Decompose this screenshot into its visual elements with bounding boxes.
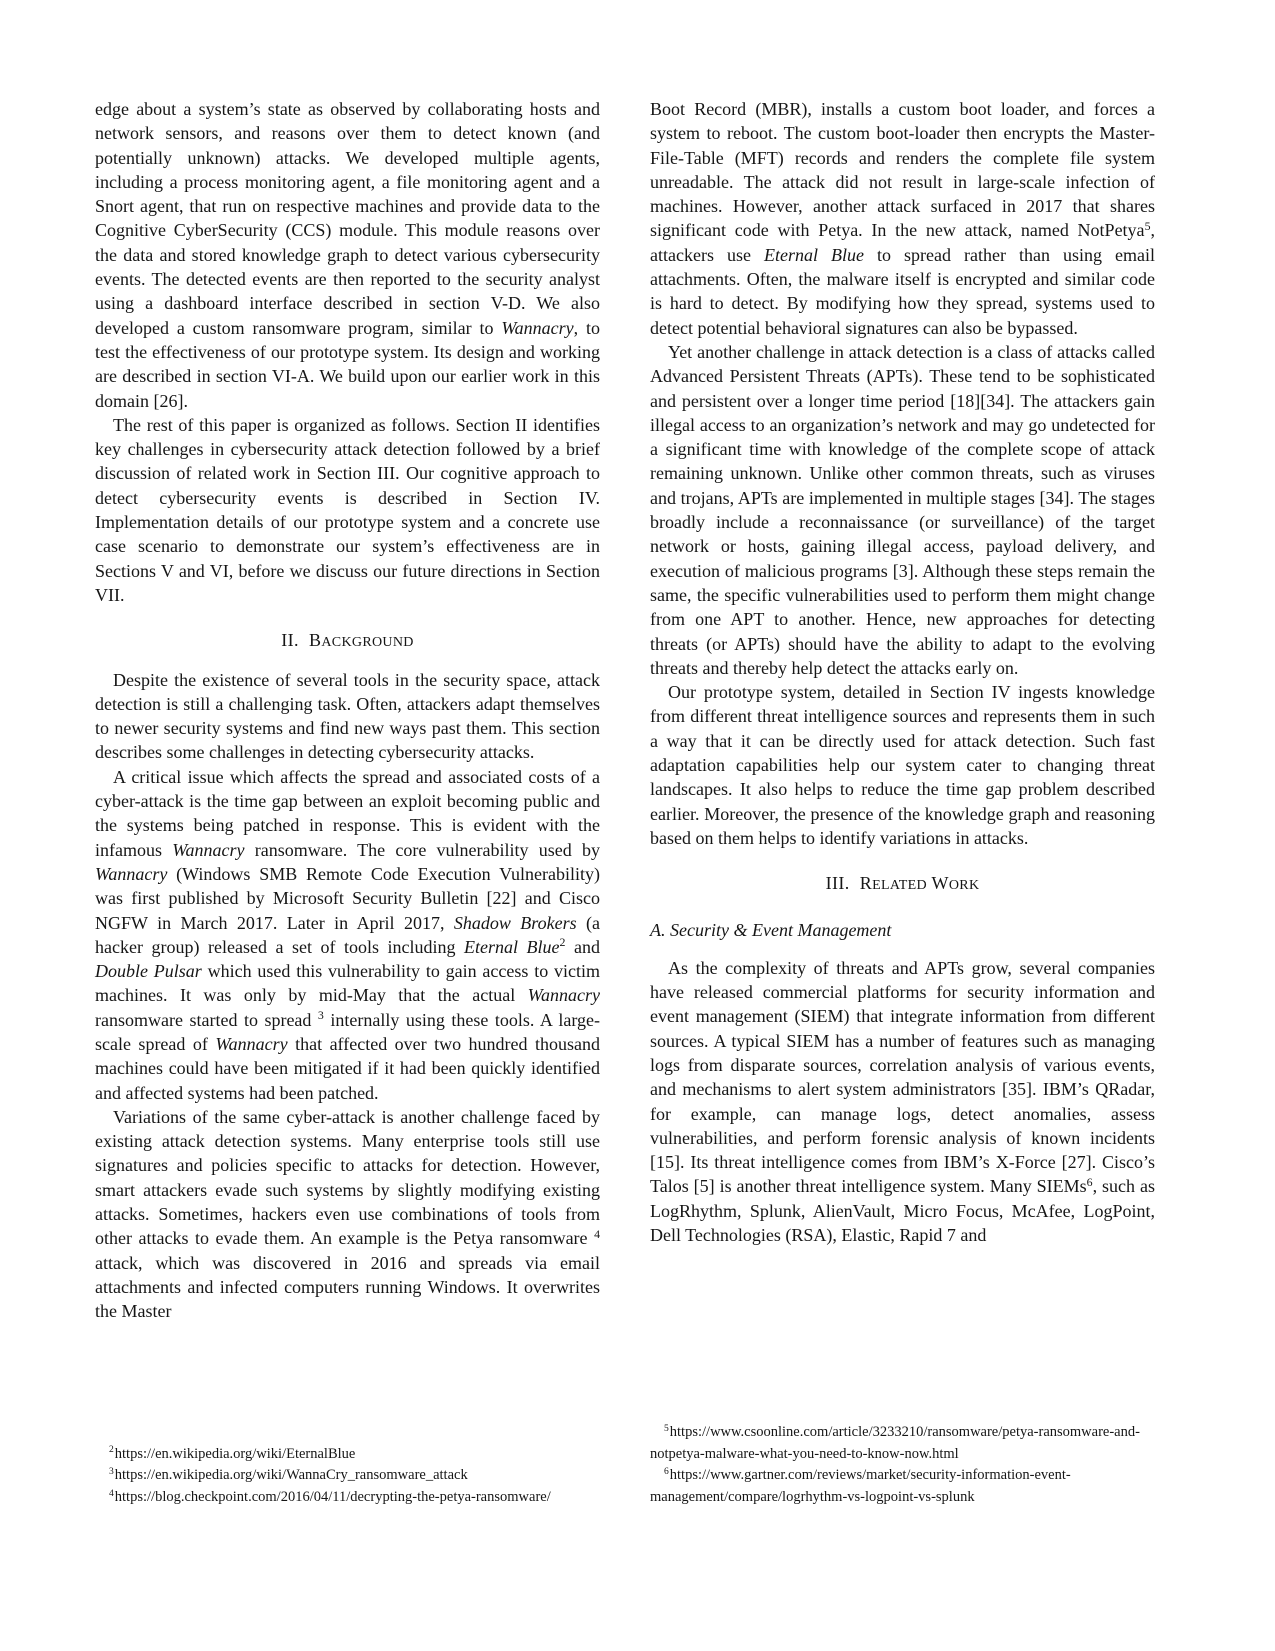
text-run: Eternal Blue: [764, 245, 864, 265]
text-run: III.: [826, 873, 850, 893]
text-run: and: [565, 937, 600, 957]
paragraph-wannacry-timegap: A critical issue which affects the sprea…: [95, 765, 600, 1105]
paragraph-paper-organization: The rest of this paper is organized as f…: [95, 413, 600, 607]
text-run: edge about a system’s state as observed …: [95, 99, 600, 338]
text-run: II.: [281, 630, 299, 650]
text-run: Yet another challenge in attack detectio…: [650, 342, 1155, 678]
text-run: R: [860, 873, 872, 893]
text-run: Our prototype system, detailed in Sectio…: [650, 682, 1155, 848]
text-run: Wannacry: [172, 840, 244, 860]
footnote-number: 2: [109, 1444, 114, 1455]
text-run: Eternal Blue: [464, 937, 560, 957]
footnote-marker: 3: [318, 1008, 324, 1022]
right-column: Boot Record (MBR), installs a custom boo…: [650, 97, 1155, 1509]
text-run: Wannacry: [215, 1034, 287, 1054]
paragraph-prototype-system: Our prototype system, detailed in Sectio…: [650, 680, 1155, 850]
paragraph-siem: As the complexity of threats and APTs gr…: [650, 956, 1155, 1248]
footnote-marker: 6: [1087, 1175, 1093, 1189]
text-run: Wannacry: [501, 318, 573, 338]
text-run: ransomware. The core vulnerability used …: [245, 840, 600, 860]
text-run: Shadow Brokers: [454, 913, 577, 933]
footnote-marker: 2: [560, 935, 566, 949]
footnote-url: https://www.csoonline.com/article/323321…: [650, 1424, 1140, 1462]
text-run: attack, which was discovered in 2016 and…: [95, 1253, 600, 1322]
footnote-url: https://blog.checkpoint.com/2016/04/11/d…: [115, 1489, 551, 1505]
footnote-marker: 4: [594, 1227, 600, 1241]
footnote: 3https://en.wikipedia.org/wiki/WannaCry_…: [95, 1465, 600, 1487]
text-run: ACKGROUND: [321, 634, 413, 650]
footnote: 4https://blog.checkpoint.com/2016/04/11/…: [95, 1487, 600, 1509]
left-footnotes: 2https://en.wikipedia.org/wiki/EternalBl…: [95, 1444, 600, 1509]
text-run: Variations of the same cyber-attack is a…: [95, 1107, 600, 1248]
paragraph-attack-variations: Variations of the same cyber-attack is a…: [95, 1105, 600, 1324]
paragraph-background-intro: Despite the existence of several tools i…: [95, 668, 600, 765]
paragraph-intro-continuation: edge about a system’s state as observed …: [95, 97, 600, 413]
right-footnotes: 5https://www.csoonline.com/article/32332…: [650, 1422, 1155, 1509]
footnote-url: https://en.wikipedia.org/wiki/EternalBlu…: [115, 1446, 356, 1462]
paper-page: edge about a system’s state as observed …: [0, 0, 1275, 1651]
footnote-marker: 5: [1145, 219, 1151, 233]
footnote-number: 6: [664, 1466, 669, 1477]
footnote-url: https://en.wikipedia.org/wiki/WannaCry_r…: [115, 1467, 468, 1483]
text-run: The rest of this paper is organized as f…: [95, 415, 600, 605]
section-ii-background-heading: II.BACKGROUND: [95, 628, 600, 654]
footnote: 2https://en.wikipedia.org/wiki/EternalBl…: [95, 1444, 600, 1466]
text-run: Wannacry: [95, 864, 167, 884]
footnote-url: https://www.gartner.com/reviews/market/s…: [650, 1467, 1071, 1505]
text-run: ransomware started to spread: [95, 1010, 318, 1030]
text-run: W: [927, 873, 949, 893]
text-run: ORK: [949, 877, 980, 893]
text-run: Wannacry: [528, 985, 600, 1005]
subsection-a-security-event-management-heading: A. Security & Event Management: [650, 918, 1155, 942]
text-run: B: [309, 630, 321, 650]
text-run: As the complexity of threats and APTs gr…: [650, 958, 1155, 1197]
footnote-number: 4: [109, 1488, 114, 1499]
text-run: Boot Record (MBR), installs a custom boo…: [650, 99, 1155, 240]
left-column: edge about a system’s state as observed …: [95, 97, 600, 1509]
paragraph-petya-continuation: Boot Record (MBR), installs a custom boo…: [650, 97, 1155, 340]
text-run: Double Pulsar: [95, 961, 202, 981]
footnote-number: 5: [664, 1423, 669, 1434]
section-iii-related-work-heading: III.RELATED WORK: [650, 871, 1155, 897]
text-run: A. Security & Event Management: [650, 920, 891, 940]
footnote-number: 3: [109, 1466, 114, 1477]
text-run: Despite the existence of several tools i…: [95, 670, 600, 763]
text-run: ELATED: [872, 877, 927, 893]
paragraph-apt-challenge: Yet another challenge in attack detectio…: [650, 340, 1155, 680]
footnote: 6https://www.gartner.com/reviews/market/…: [650, 1465, 1155, 1509]
footnote: 5https://www.csoonline.com/article/32332…: [650, 1422, 1155, 1466]
